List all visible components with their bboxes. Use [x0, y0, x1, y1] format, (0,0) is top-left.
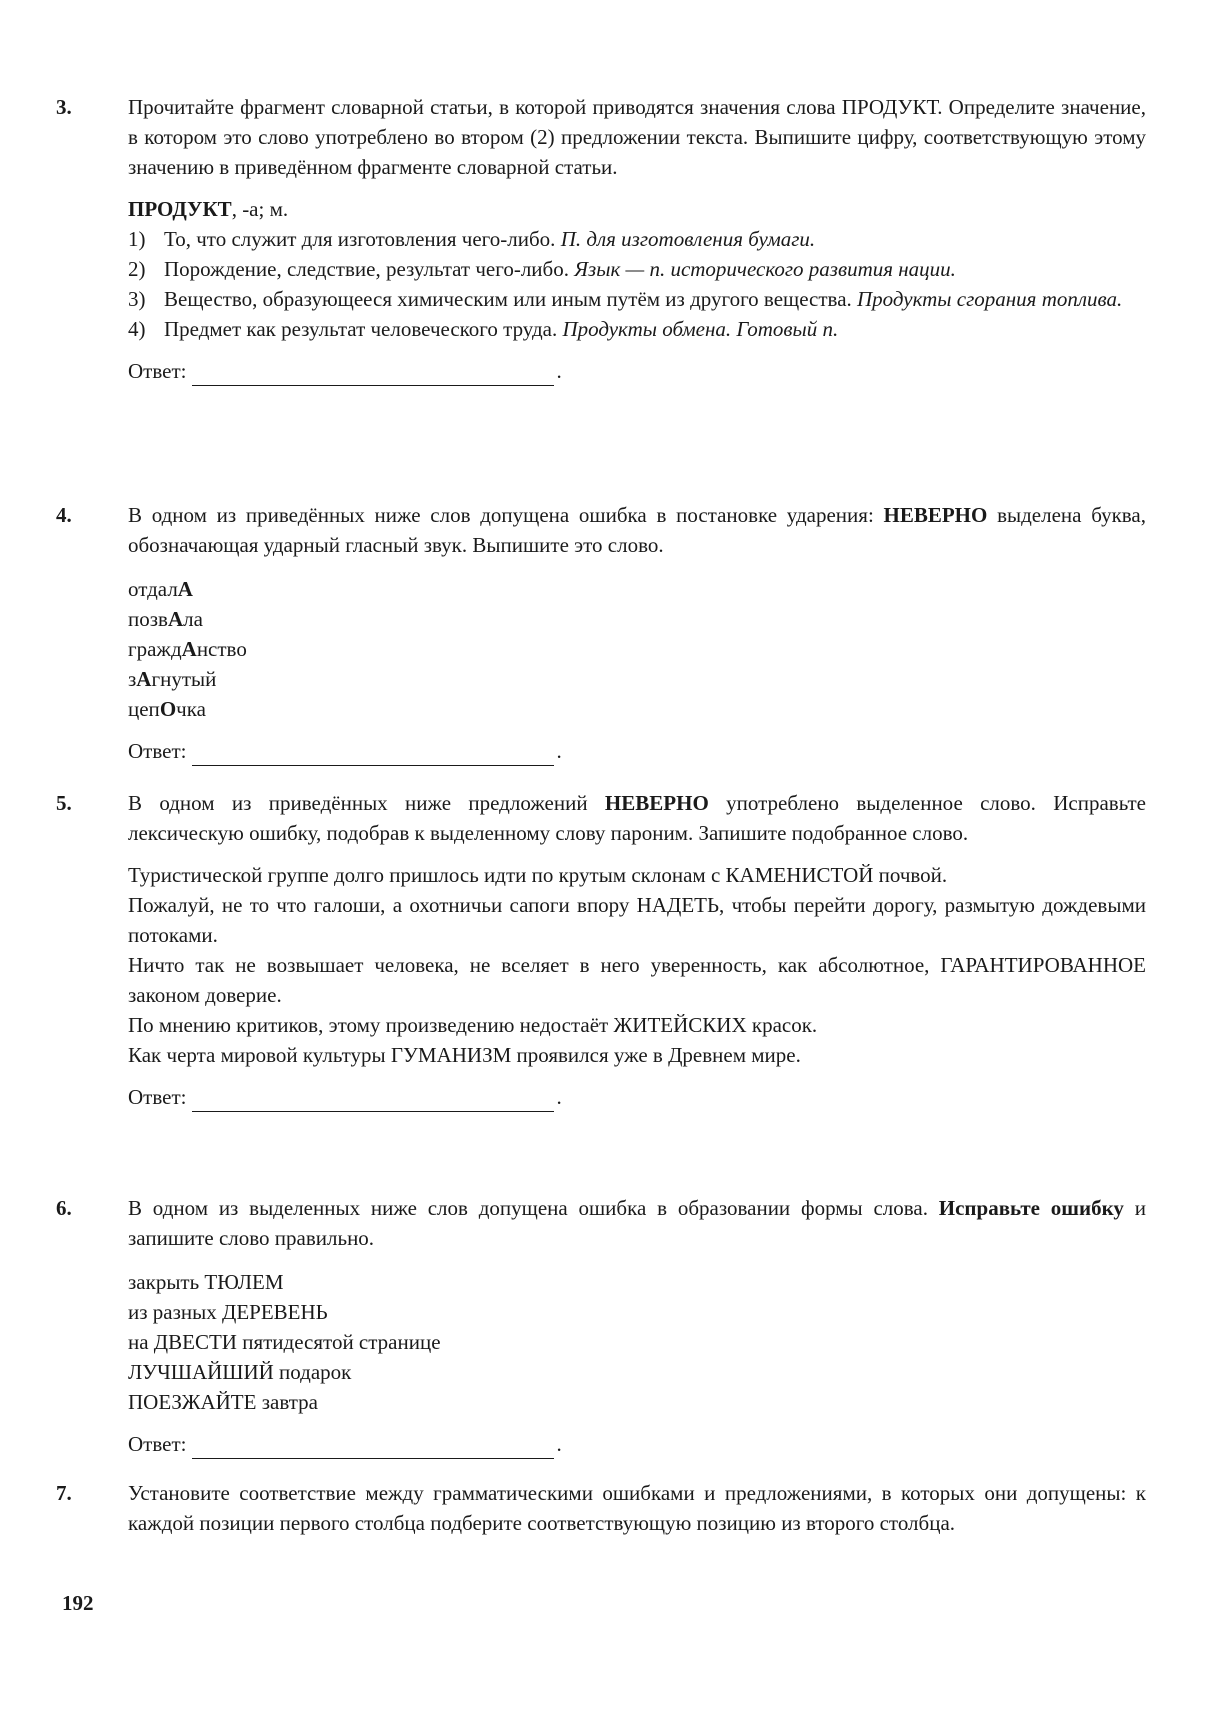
sentence: Ничто так не возвышает человека, не всел… — [128, 950, 1146, 1010]
task-number: 6. — [56, 1193, 116, 1223]
task-number: 3. — [56, 92, 116, 122]
sense-number: 2) — [128, 254, 146, 284]
task-number: 5. — [56, 788, 116, 818]
stress-word: граждАнство — [128, 634, 1146, 664]
stress-word-list: отдалА позвАла граждАнство зАгнутый цепО… — [128, 574, 1146, 724]
task-number: 7. — [56, 1478, 116, 1508]
sense-number: 1) — [128, 224, 146, 254]
task-prompt: В одном из выделенных ниже слов допущена… — [128, 1193, 1146, 1253]
stress-word: позвАла — [128, 604, 1146, 634]
answer-field[interactable] — [192, 1436, 554, 1459]
dictionary-sense: 3) Вещество, образующееся химическим или… — [128, 284, 1146, 314]
answer-row: Ответ: . — [128, 1429, 1146, 1459]
task-4: 4. В одном из приведённых ниже слов допу… — [56, 500, 1146, 766]
answer-field[interactable] — [192, 1089, 554, 1112]
task-prompt: В одном из приведённых ниже слов допущен… — [128, 500, 1146, 560]
dictionary-headword-line: ПРОДУКТ, -а; м. — [128, 194, 1146, 224]
sense-example: Продукты обмена. Готовый п. — [563, 317, 839, 341]
answer-field[interactable] — [192, 363, 554, 386]
answer-row: Ответ: . — [128, 356, 1146, 386]
emphasis-neverno: НЕВЕРНО — [884, 503, 988, 527]
answer-field[interactable] — [192, 743, 554, 766]
page-number: 192 — [62, 1588, 94, 1618]
sense-definition: Предмет как результат человеческого труд… — [164, 317, 563, 341]
answer-label: Ответ: — [128, 356, 186, 386]
task-number: 4. — [56, 500, 116, 530]
dictionary-senses: 1) То, что служит для изготовления чего-… — [128, 224, 1146, 344]
task-6: 6. В одном из выделенных ниже слов допущ… — [56, 1193, 1146, 1459]
emphasis-neverno: НЕВЕРНО — [605, 791, 709, 815]
phrase: из разных ДЕРЕВЕНЬ — [128, 1297, 1146, 1327]
phrase: закрыть ТЮЛЕМ — [128, 1267, 1146, 1297]
sense-number: 3) — [128, 284, 146, 314]
answer-label: Ответ: — [128, 1082, 186, 1112]
task-3: 3. Прочитайте фрагмент словарной статьи,… — [56, 92, 1146, 386]
task-7: 7. Установите соответствие между граммат… — [56, 1478, 1146, 1538]
answer-row: Ответ: . — [128, 736, 1146, 766]
phrase: ЛУЧШАЙШИЙ подарок — [128, 1357, 1146, 1387]
sentence: Пожалуй, не то что галоши, а охотничьи с… — [128, 890, 1146, 950]
dictionary-headword: ПРОДУКТ — [128, 197, 232, 221]
stress-word: цепОчка — [128, 694, 1146, 724]
stress-word: отдалА — [128, 574, 1146, 604]
task-prompt: Установите соответствие между грамматиче… — [128, 1478, 1146, 1538]
sentence: По мнению критиков, этому произведению н… — [128, 1010, 1146, 1040]
answer-label: Ответ: — [128, 1429, 186, 1459]
sense-example: Продукты сгорания топлива. — [857, 287, 1122, 311]
phrase-list: закрыть ТЮЛЕМ из разных ДЕРЕВЕНЬ на ДВЕС… — [128, 1267, 1146, 1417]
answer-period: . — [556, 736, 561, 766]
sense-number: 4) — [128, 314, 146, 344]
dictionary-grammar: , -а; м. — [232, 197, 288, 221]
sentence: Туристической группе долго пришлось идти… — [128, 860, 1146, 890]
phrase: на ДВЕСТИ пятидесятой странице — [128, 1327, 1146, 1357]
sentence: Как черта мировой культуры ГУМАНИЗМ проя… — [128, 1040, 1146, 1070]
sense-definition: Порождение, следствие, результат чего-ли… — [164, 257, 574, 281]
sense-example: Язык — п. исторического развития нации. — [574, 257, 956, 281]
answer-row: Ответ: . — [128, 1082, 1146, 1112]
dictionary-sense: 2) Порождение, следствие, результат чего… — [128, 254, 1146, 284]
task-5: 5. В одном из приведённых ниже предложен… — [56, 788, 1146, 1112]
task-prompt: Прочитайте фрагмент словарной статьи, в … — [128, 92, 1146, 182]
phrase: ПОЕЗЖАЙТЕ завтра — [128, 1387, 1146, 1417]
textbook-page: 3. Прочитайте фрагмент словарной статьи,… — [0, 0, 1210, 1712]
answer-label: Ответ: — [128, 736, 186, 766]
answer-period: . — [556, 356, 561, 386]
answer-period: . — [556, 1429, 561, 1459]
answer-period: . — [556, 1082, 561, 1112]
sense-definition: То, что служит для изготовления чего-либ… — [164, 227, 561, 251]
task-prompt: В одном из приведённых ниже предложений … — [128, 788, 1146, 848]
stress-word: зАгнутый — [128, 664, 1146, 694]
emphasis-fix-error: Исправьте ошибку — [939, 1196, 1124, 1220]
dictionary-sense: 4) Предмет как результат человеческого т… — [128, 314, 1146, 344]
dictionary-sense: 1) То, что служит для изготовления чего-… — [128, 224, 1146, 254]
sense-definition: Вещество, образующееся химическим или ин… — [164, 287, 857, 311]
sentence-list: Туристической группе долго пришлось идти… — [128, 860, 1146, 1070]
sense-example: П. для изготовления бумаги. — [561, 227, 815, 251]
